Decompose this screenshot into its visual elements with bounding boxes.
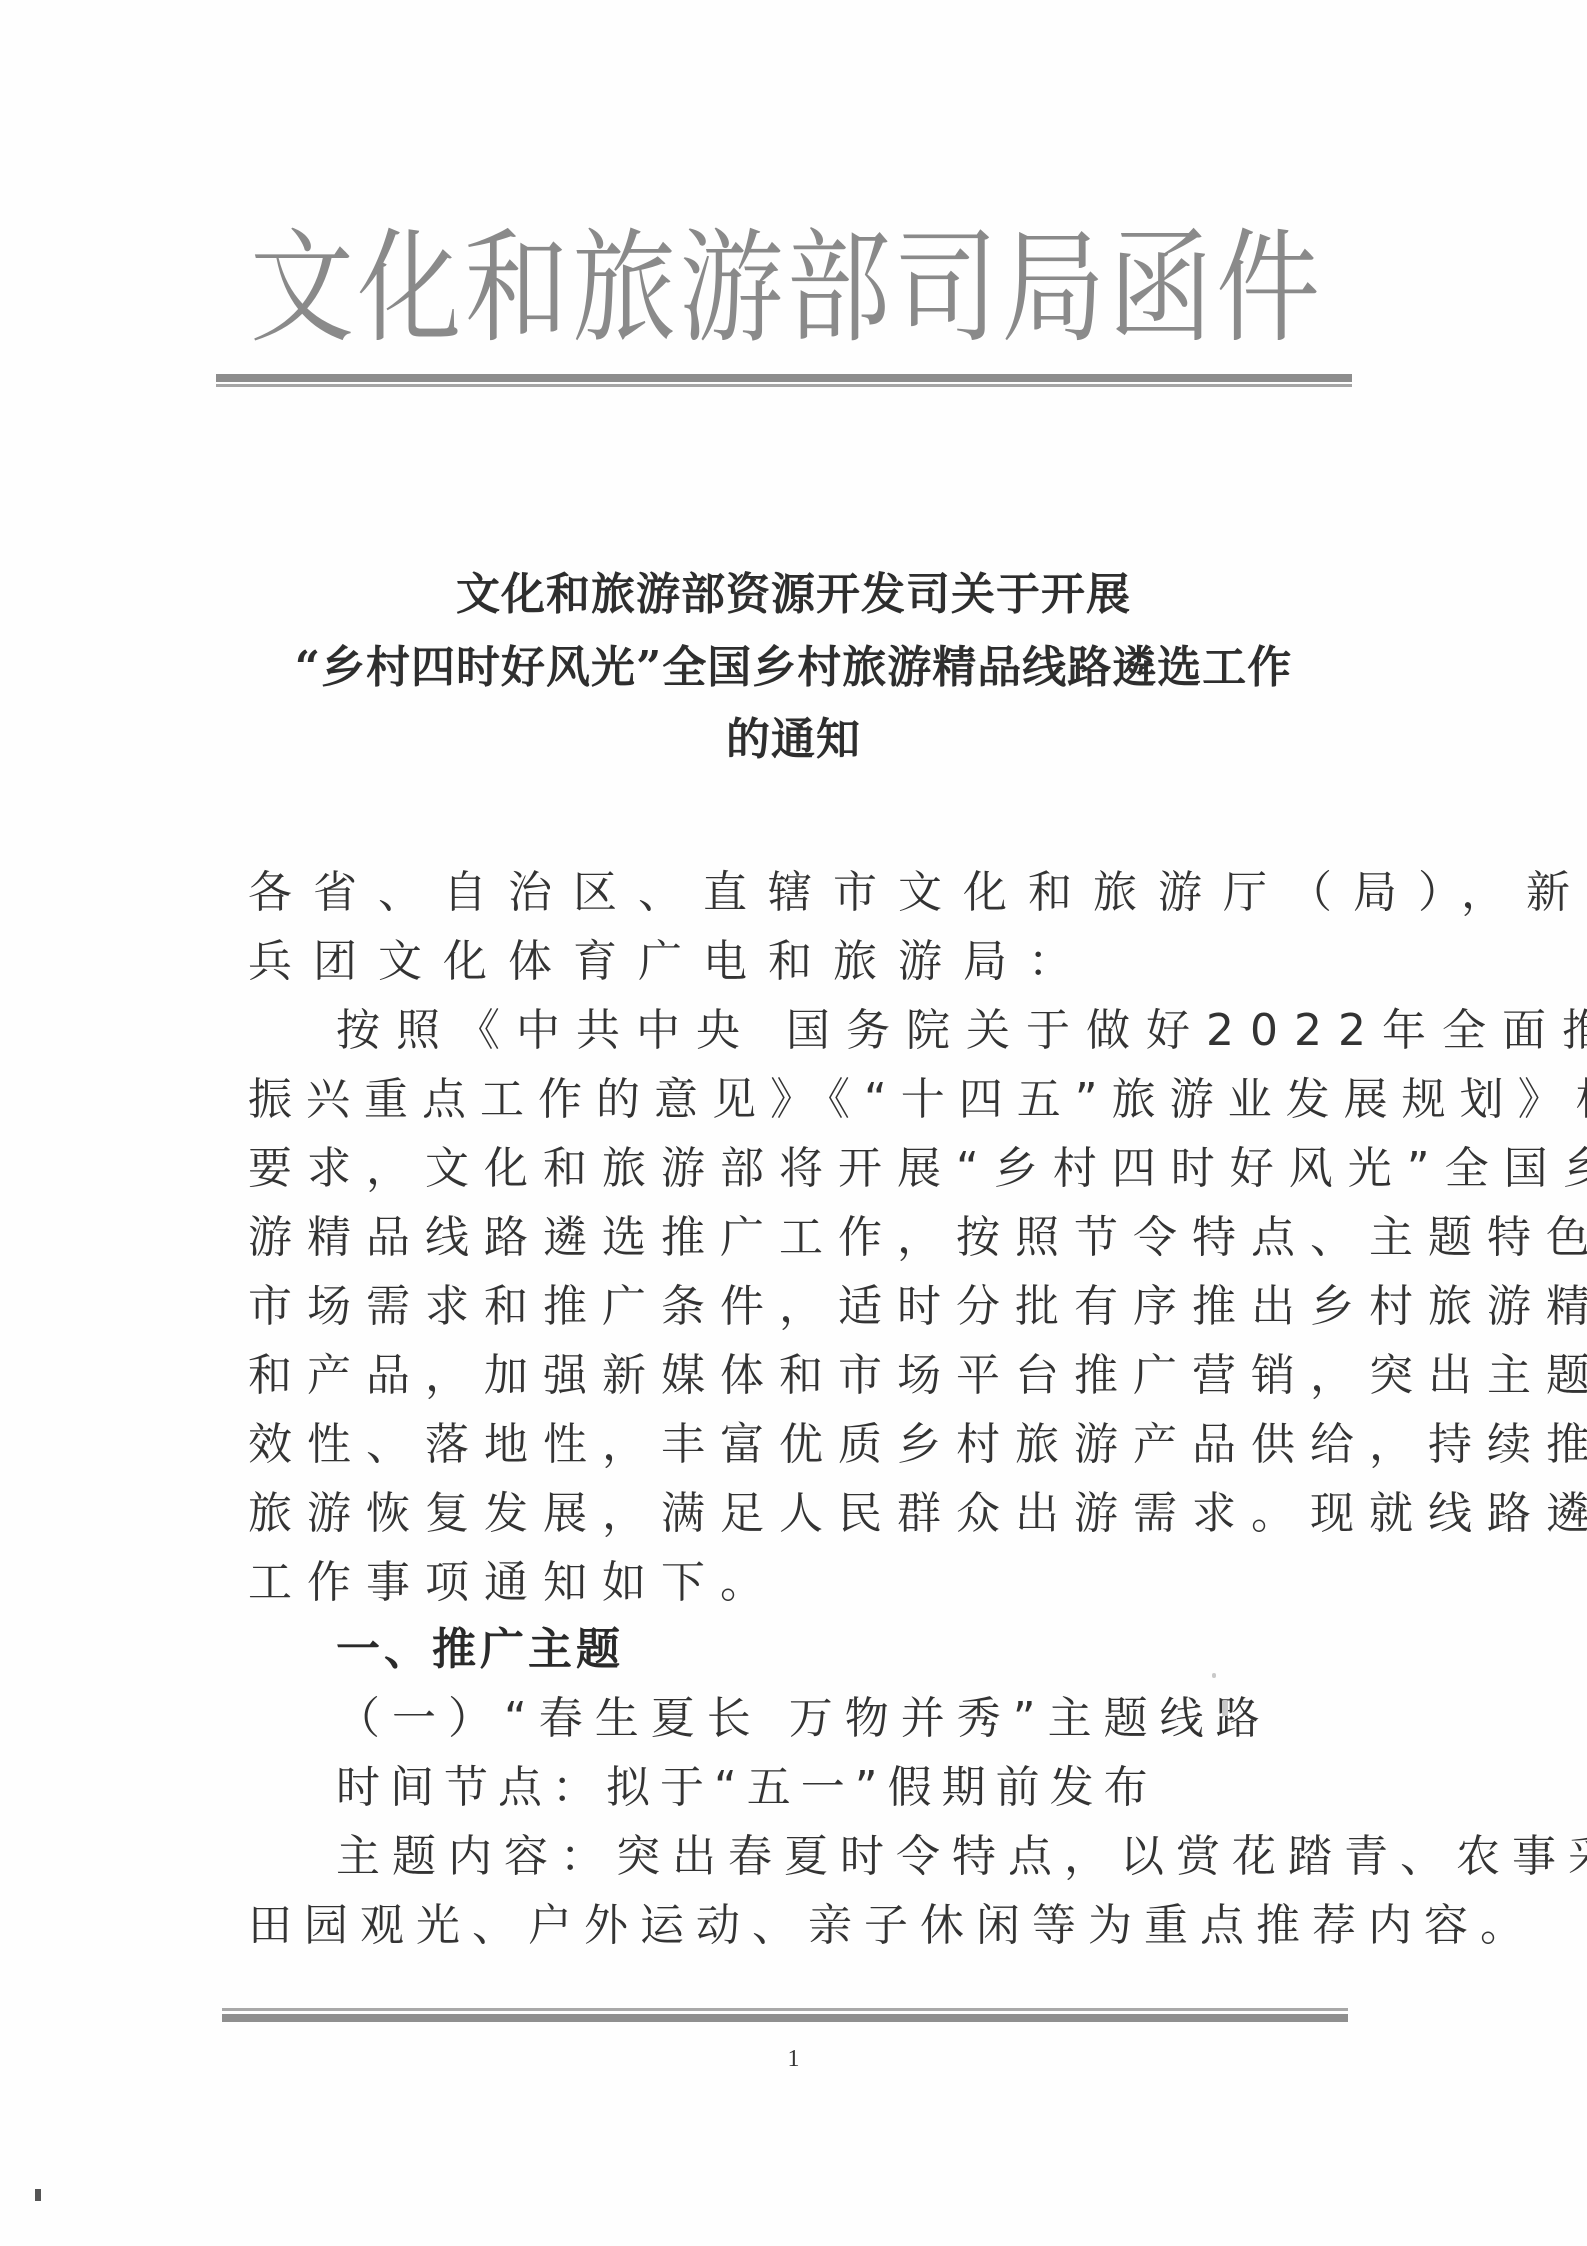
paragraph-line: 和产品，加强新媒体和市场平台推广营销，突出主题性、时 bbox=[248, 1346, 1318, 1406]
paragraph-line: 田园观光、户外运动、亲子休闲等为重点推荐内容。 bbox=[248, 1896, 1318, 1956]
document-title-line-3: 的通知 bbox=[0, 710, 1587, 770]
divider-thick-line bbox=[222, 2014, 1348, 2022]
paragraph-line: 市场需求和推广条件，适时分批有序推出乡村旅游精品线路 bbox=[248, 1277, 1318, 1337]
letterhead-char: 和 bbox=[465, 205, 569, 370]
letterhead-divider bbox=[216, 374, 1352, 388]
document-title-line-2: “乡村四时好风光”全国乡村旅游精品线路遴选工作 bbox=[0, 638, 1587, 698]
footer-divider bbox=[222, 2008, 1348, 2024]
section-heading: 一、推广主题 bbox=[336, 1620, 1406, 1680]
scan-speck bbox=[1222, 1700, 1228, 1716]
page-number: 1 bbox=[0, 2046, 1587, 2073]
letterhead-char: 部 bbox=[787, 205, 891, 370]
paragraph-line: 振兴重点工作的意见》《“十四五”旅游业发展规划》相关 bbox=[248, 1070, 1318, 1130]
paragraph-line: 旅游恢复发展，满足人民群众出游需求。现就线路遴选有关 bbox=[248, 1484, 1318, 1544]
scan-mark bbox=[35, 2189, 41, 2201]
document-title-line-1: 文化和旅游部资源开发司关于开展 bbox=[0, 565, 1587, 625]
paragraph-line: 效性、落地性，丰富优质乡村旅游产品供给，持续推动乡村 bbox=[248, 1415, 1318, 1475]
divider-thick-line bbox=[216, 374, 1352, 382]
paragraph-line: 主题内容：突出春夏时令特点，以赏花踏青、农事采摘、 bbox=[336, 1827, 1406, 1887]
paragraph-line: 工作事项通知如下。 bbox=[248, 1553, 1318, 1613]
subsection-heading: （一）“春生夏长 万物并秀”主题线路 bbox=[336, 1689, 1406, 1749]
paragraph-line: 游精品线路遴选推广工作，按照节令特点、主题特色，根据 bbox=[248, 1208, 1318, 1268]
divider-thin-line bbox=[222, 2008, 1348, 2011]
scan-speck bbox=[1212, 1673, 1216, 1678]
letterhead-char: 文 bbox=[250, 205, 354, 370]
letterhead-char: 函 bbox=[1109, 205, 1213, 370]
letterhead-char: 化 bbox=[357, 205, 461, 370]
letterhead-char: 旅 bbox=[572, 205, 676, 370]
divider-thin-line bbox=[216, 384, 1352, 387]
letterhead: 文 化 和 旅 游 部 司 局 函 件 bbox=[250, 218, 1320, 358]
letterhead-char: 司 bbox=[894, 205, 998, 370]
letterhead-char: 局 bbox=[1001, 205, 1105, 370]
paragraph-line: 按照《中共中央 国务院关于做好2022年全面推进乡村 bbox=[336, 1001, 1406, 1061]
letterhead-char: 游 bbox=[679, 205, 783, 370]
document-page: 文 化 和 旅 游 部 司 局 函 件 文化和旅游部资源开发司关于开展 “乡村四… bbox=[0, 0, 1587, 2246]
addressee-line: 各省、自治区、直辖市文化和旅游厅（局），新疆生产建设 bbox=[248, 863, 1318, 923]
paragraph-line: 要求，文化和旅游部将开展“乡村四时好风光”全国乡村旅 bbox=[248, 1139, 1318, 1199]
paragraph-line: 时间节点：拟于“五一”假期前发布 bbox=[336, 1758, 1406, 1818]
letterhead-char: 件 bbox=[1216, 205, 1320, 370]
addressee-line: 兵团文化体育广电和旅游局： bbox=[248, 932, 1318, 992]
